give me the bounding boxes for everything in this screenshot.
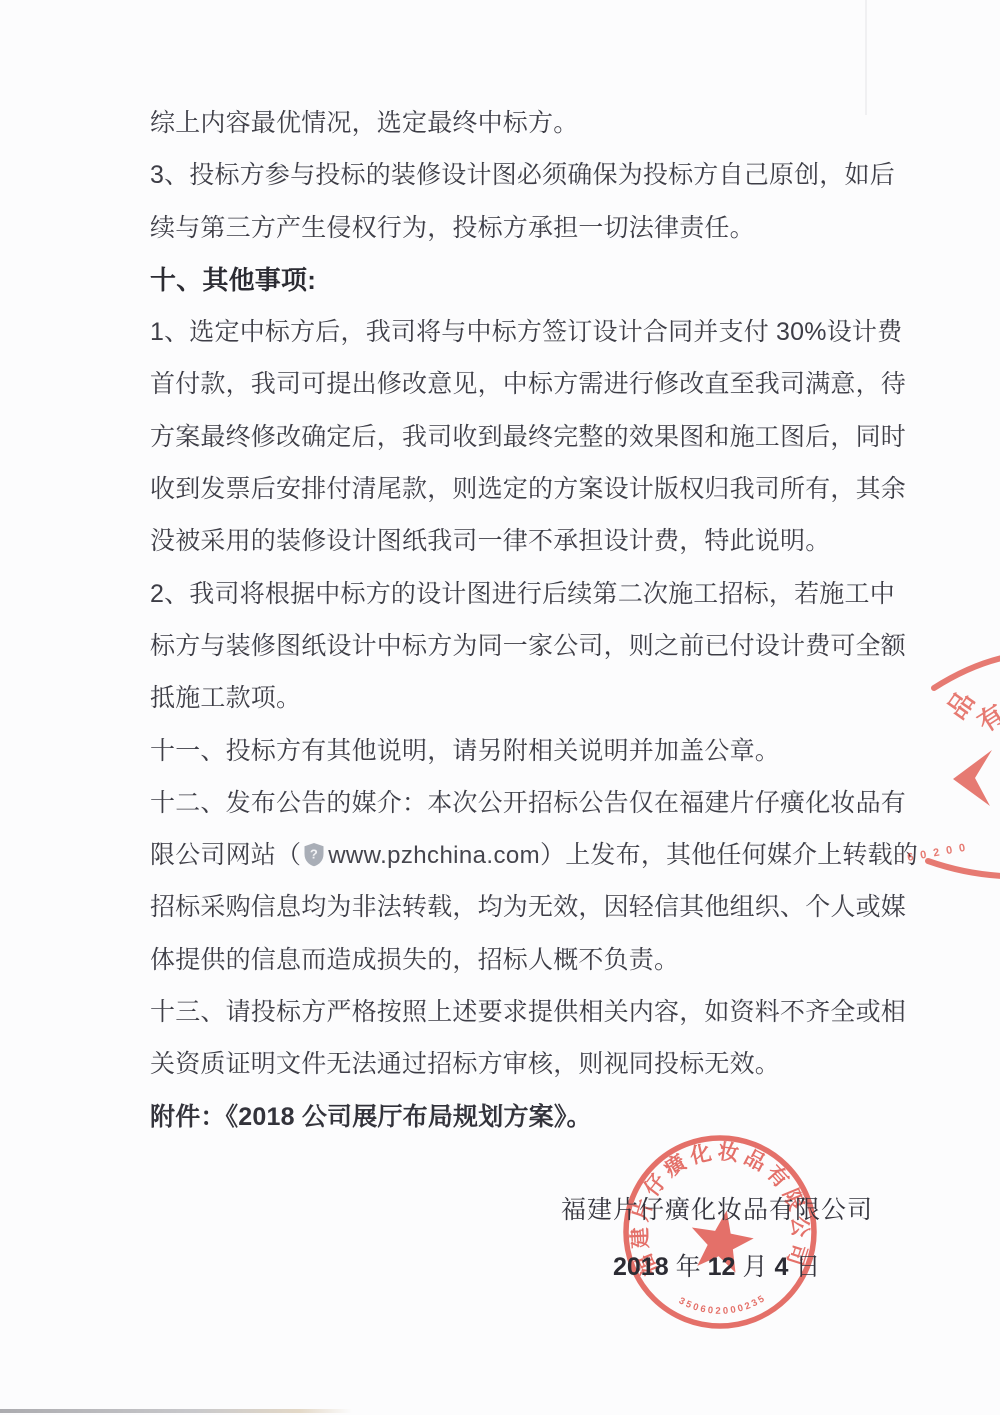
partial-seal-star-point: [953, 750, 992, 806]
partial-seal-char: 品: [941, 686, 980, 725]
scan-fold-line: [865, 0, 867, 115]
partial-seal-bottom-arc: [928, 861, 1000, 876]
date-day-number: 4: [774, 1253, 788, 1281]
date-month-number: 12: [708, 1253, 736, 1281]
text-line: 抵施工款项。: [150, 672, 890, 724]
shield-question-icon: ?: [303, 833, 325, 858]
partial-seal-stamp: 品 有 60200: [870, 645, 1000, 885]
text-line: 3、投标方参与投标的装修设计图必须确保为投标方自己原创，如后: [150, 149, 890, 201]
scan-edge-artifact: [0, 1409, 352, 1413]
text-line: 续与第三方产生侵权行为，投标方承担一切法律责任。: [150, 202, 890, 254]
company-seal-stamp: 福建片仔癀化妆品有限公司 3506020002355: [620, 1132, 820, 1332]
signature-company-name: 福建片仔癀化妆品有限公司: [561, 1190, 873, 1226]
text-line: 方案最终修改确定后，我司收到最终完整的效果图和施工图后，同时: [150, 411, 890, 463]
text-line: 关资质证明文件无法通过招标方审核，则视同投标无效。: [150, 1038, 890, 1090]
signature-date: 2018年12月4日: [613, 1247, 827, 1283]
date-year-number: 2018: [613, 1253, 669, 1281]
shield-question-glyph: ?: [310, 847, 318, 862]
text-line: 没被采用的装修设计图纸我司一律不承担设计费，特此说明。: [150, 515, 890, 567]
text-line: 体提供的信息而造成损失的，招标人概不负责。: [150, 934, 890, 986]
text-line: 首付款，我司可提出修改意见，中标方需进行修改直至我司满意，待: [150, 358, 890, 410]
section-heading-other-matters: 十、其他事项:: [150, 254, 890, 306]
section-line-11: 十一、投标方有其他说明，请另附相关说明并加盖公章。: [150, 725, 890, 777]
text-line: 标方与装修图纸设计中标方为同一家公司，则之前已付设计费可全额: [150, 620, 890, 672]
body-text: 综上内容最优情况，选定最终中标方。 3、投标方参与投标的装修设计图必须确保为投标…: [150, 97, 890, 1143]
website-url-text: www.pzhchina.com: [328, 842, 540, 869]
partial-seal-top-arc: [934, 657, 1000, 688]
section-line-12: 十二、发布公告的媒介：本次公开招标公告仅在福建片仔癀化妆品有: [150, 777, 890, 829]
text-line-with-url: 限公司网站（?www.pzhchina.com）上发布，其他任何媒介上转载的: [150, 829, 890, 881]
text-line: 1、选定中标方后，我司将与中标方签订设计合同并支付 30%设计费: [150, 306, 890, 358]
date-month-label: 月: [742, 1253, 767, 1281]
date-year-label: 年: [676, 1253, 701, 1281]
text-line: 招标采购信息均为非法转载，均为无效，因轻信其他组织、个人或媒: [150, 881, 890, 933]
partial-seal-serial-fragment: 60200: [906, 841, 973, 864]
text-line: 收到发票后安排付清尾款，则选定的方案设计版权归我司所有，其余: [150, 463, 890, 515]
text-line: 综上内容最优情况，选定最终中标方。: [150, 97, 890, 149]
section-line-13: 十三、请投标方严格按照上述要求提供相关内容，如资料不齐全或相: [150, 986, 890, 1038]
url-prefix-text: 限公司网站（: [150, 841, 301, 869]
date-day-label: 日: [795, 1253, 820, 1281]
document-page: 综上内容最优情况，选定最终中标方。 3、投标方参与投标的装修设计图必须确保为投标…: [0, 0, 1000, 1415]
text-line: 2、我司将根据中标方的设计图进行后续第二次施工招标，若施工中: [150, 568, 890, 620]
url-suffix-text: ）上发布，其他任何媒介上转载的: [540, 841, 918, 869]
